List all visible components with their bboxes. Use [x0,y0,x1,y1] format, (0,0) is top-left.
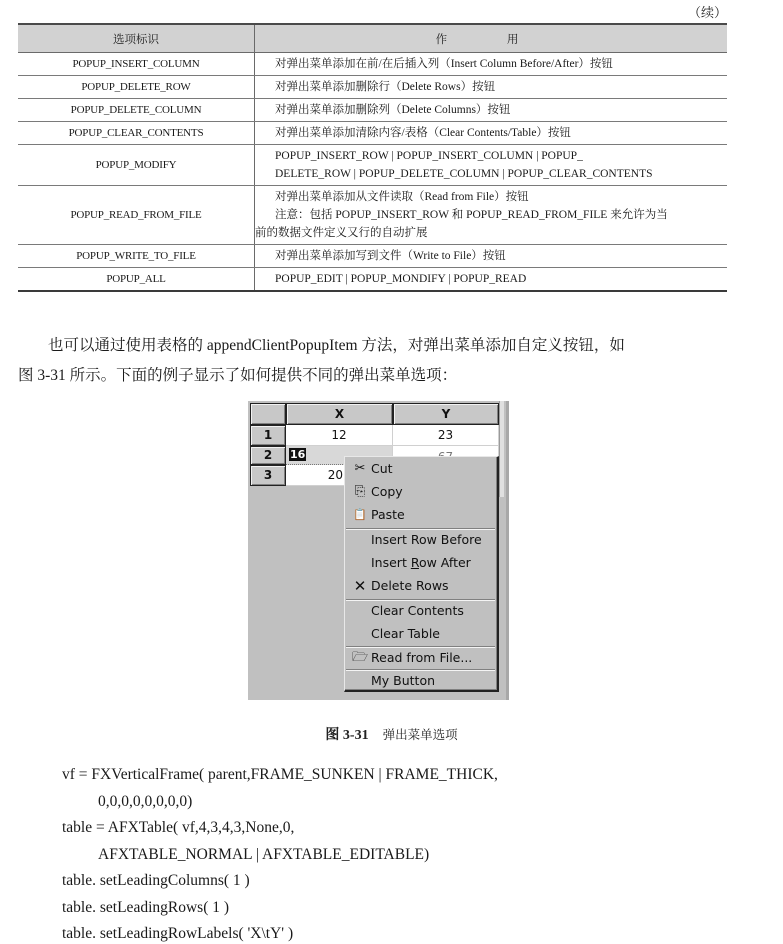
popup-options-table: 选项标识 作 用 POPUP_INSERT_COLUMN 对弹出菜单添加在前/在… [18,23,727,292]
option-desc: 对弹出菜单添加删除行（Delete Rows）按钮 [255,76,728,99]
menu-item-insert-row-before[interactable]: Insert Row Before [345,529,495,551]
grid-corner [250,403,286,425]
table-row: POPUP_WRITE_TO_FILE 对弹出菜单添加写到文件（Write to… [18,245,727,268]
code-line: 0,0,0,0,0,0,0,0) [62,789,742,816]
table-header-row: 选项标识 作 用 [18,24,727,53]
option-id: POPUP_READ_FROM_FILE [18,186,255,245]
paste-icon: 📋 [351,504,369,526]
menu-item-clear-contents[interactable]: Clear Contents [345,600,495,622]
menu-item-paste[interactable]: 📋 Paste [345,504,495,526]
continued-label: （续） [688,2,727,21]
table-row: POPUP_DELETE_COLUMN 对弹出菜单添加删除列（Delete Co… [18,99,727,122]
option-id: POPUP_ALL [18,268,255,292]
code-line: table = AFXTable( vf,4,3,4,3,None,0, [62,815,742,842]
header-option-id: 选项标识 [18,24,255,53]
option-id: POPUP_CLEAR_CONTENTS [18,122,255,145]
code-block: vf = FXVerticalFrame( parent,FRAME_SUNKE… [62,762,742,944]
code-line: AFXTABLE_NORMAL | AFXTABLE_EDITABLE) [62,842,742,869]
row-header[interactable]: 3 [250,465,286,486]
table-row: POPUP_INSERT_COLUMN 对弹出菜单添加在前/在后插入列（Inse… [18,53,727,76]
menu-item-clear-table[interactable]: Clear Table [345,623,495,645]
option-desc: POPUP_INSERT_ROW | POPUP_INSERT_COLUMN |… [255,145,728,186]
delete-x-icon: ✕ [351,575,369,597]
column-header-x[interactable]: X [286,403,393,425]
paragraph-line: 也可以通过使用表格的 appendClientPopupItem 方法，对弹出菜… [18,331,738,361]
option-desc: 对弹出菜单添加清除内容/表格（Clear Contents/Table）按钮 [255,122,728,145]
grid-cell[interactable]: 12 [286,425,393,446]
row-header[interactable]: 2 [250,446,286,465]
figure-number: 图 3-31 [325,728,368,743]
table-row: POPUP_DELETE_ROW 对弹出菜单添加删除行（Delete Rows）… [18,76,727,99]
option-desc: 对弹出菜单添加在前/在后插入列（Insert Column Before/Aft… [255,53,728,76]
row-header[interactable]: 1 [250,425,286,446]
menu-item-my-button[interactable]: My Button [345,670,495,692]
grid-cell[interactable]: 23 [393,425,499,446]
desc-line: 对弹出菜单添加从文件读取（Read from File）按钮 [275,188,727,206]
table-row: POPUP_CLEAR_CONTENTS 对弹出菜单添加清除内容/表格（Clea… [18,122,727,145]
option-desc: 对弹出菜单添加从文件读取（Read from File）按钮 注意：包括 POP… [255,186,728,245]
table-row: POPUP_MODIFY POPUP_INSERT_ROW | POPUP_IN… [18,145,727,186]
figure-title: 弹出菜单选项 [383,727,458,742]
menu-item-read-from-file[interactable]: 🗁 Read from File... [345,647,495,669]
menu-item-copy[interactable]: ⎘ Copy [345,481,495,503]
option-desc: 对弹出菜单添加删除列（Delete Columns）按钮 [255,99,728,122]
menu-item-cut[interactable]: ✂ Cut [345,458,495,480]
vertical-scrollbar[interactable] [499,401,504,497]
header-function: 作 用 [255,24,728,53]
option-desc: POPUP_EDIT | POPUP_MONDIFY | POPUP_READ [255,268,728,292]
code-line: table. setLeadingColumns( 1 ) [62,868,742,895]
scissors-icon: ✂ [351,458,369,480]
option-id: POPUP_DELETE_COLUMN [18,99,255,122]
open-folder-icon: 🗁 [351,647,369,669]
option-id: POPUP_MODIFY [18,145,255,186]
option-id: POPUP_WRITE_TO_FILE [18,245,255,268]
copy-icon: ⎘ [351,481,369,503]
desc-line: 注意：包括 POPUP_INSERT_ROW 和 POPUP_READ_FROM… [275,206,727,224]
code-line: vf = FXVerticalFrame( parent,FRAME_SUNKE… [62,762,742,789]
desc-line: 前的数据文件定义又行的自动扩展 [255,224,727,242]
desc-line: POPUP_INSERT_ROW | POPUP_INSERT_COLUMN |… [275,147,727,165]
desc-line: DELETE_ROW | POPUP_DELETE_COLUMN | POPUP… [275,165,727,183]
code-line: table. setLeadingRowLabels( 'X\tY' ) [62,921,742,944]
option-id: POPUP_INSERT_COLUMN [18,53,255,76]
option-id: POPUP_DELETE_ROW [18,76,255,99]
option-desc: 对弹出菜单添加写到文件（Write to File）按钮 [255,245,728,268]
code-line: table. setLeadingRows( 1 ) [62,895,742,922]
paragraph-line: 图 3-31 所示。下面的例子显示了如何提供不同的弹出菜单选项： [18,361,738,391]
figure-caption: 图 3-31弹出菜单选项 [0,724,783,744]
grid-cell[interactable]: 20 [286,465,348,486]
table-row: POPUP_READ_FROM_FILE 对弹出菜单添加从文件读取（Read f… [18,186,727,245]
figure-screenshot: X Y 1 12 23 2 16 67 3 20 ✂ Cut ⎘ Copy 📋 … [248,401,509,700]
column-header-y[interactable]: Y [393,403,499,425]
context-menu: ✂ Cut ⎘ Copy 📋 Paste Insert Row Before I… [344,456,499,692]
menu-item-delete-rows[interactable]: ✕ Delete Rows [345,575,495,597]
table-row: POPUP_ALL POPUP_EDIT | POPUP_MONDIFY | P… [18,268,727,292]
body-paragraph: 也可以通过使用表格的 appendClientPopupItem 方法，对弹出菜… [18,331,738,391]
menu-item-insert-row-after[interactable]: Insert Row After [345,552,495,574]
